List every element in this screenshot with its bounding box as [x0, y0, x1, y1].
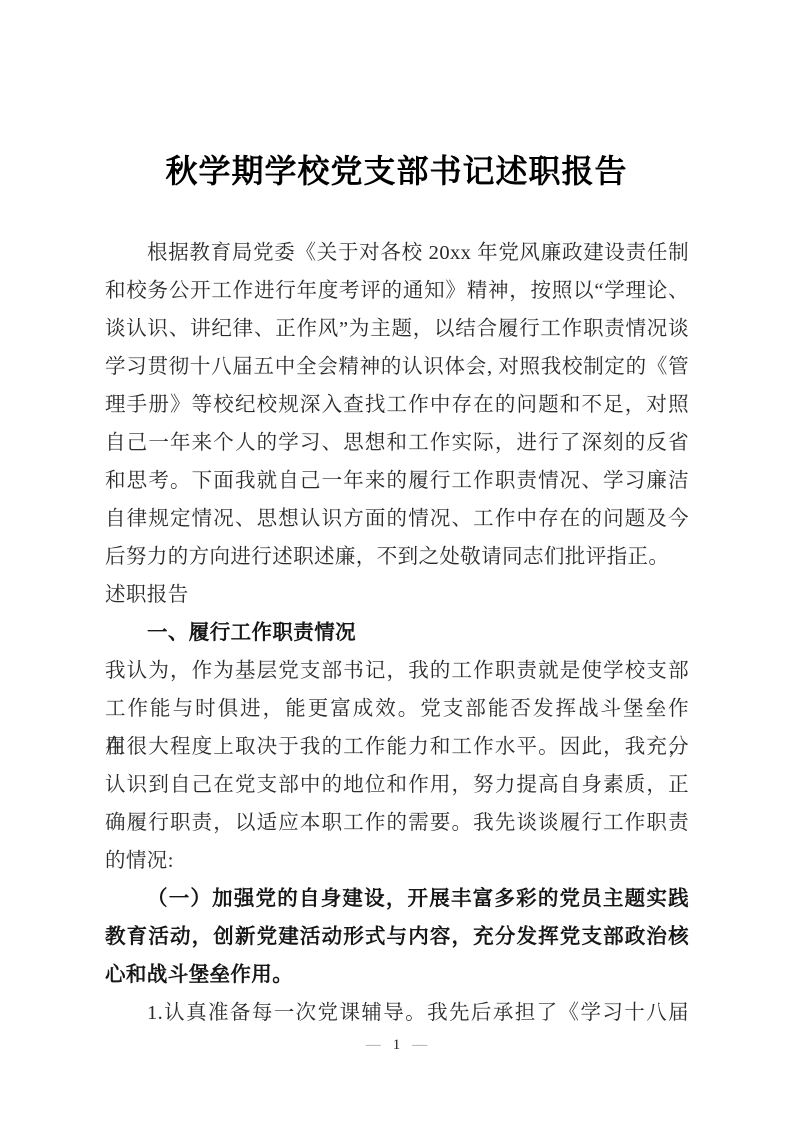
text-line: 谈认识、讲纪律、正作风”为主题，以结合履行工作职责情况谈 [105, 310, 689, 348]
text-line: 心和战斗堡垒作用。 [105, 956, 689, 994]
text-line: 自律规定情况、思想认识方面的情况、工作中存在的问题及今 [105, 500, 689, 538]
page-number: 1 [393, 1037, 401, 1053]
text-line: 一、履行工作职责情况 [105, 614, 689, 652]
text-line: 自己一年来个人的学习、思想和工作实际，进行了深刻的反省 [105, 424, 689, 462]
document-body: 根据教育局党委《关于对各校 20xx 年党风廉政建设责任制和校务公开工作进行年度… [105, 234, 689, 1032]
text-line: 和校务公开工作进行年度考评的通知》精神，按照以“学理论、 [105, 272, 689, 310]
text-line: 和思考。下面我就自己一年来的履行工作职责情况、学习廉洁 [105, 462, 689, 500]
text-line: 我认为，作为基层党支部书记，我的工作职责就是使学校支部 [105, 652, 689, 690]
text-line: 工作能与时俱进，能更富成效。党支部能否发挥战斗堡垒作用， [105, 690, 689, 728]
footer-right-dash: — [412, 1037, 427, 1053]
text-line: 后努力的方向进行述职述廉，不到之处敬请同志们批评指正。 [105, 538, 689, 576]
footer-left-dash: — [366, 1037, 381, 1053]
text-line: 学习贯彻十八届五中全会精神的认识体会, 对照我校制定的《管 [105, 348, 689, 386]
text-line: 述职报告 [105, 576, 689, 614]
text-line: 根据教育局党委《关于对各校 20xx 年党风廉政建设责任制 [105, 234, 689, 272]
document-page: 秋学期学校党支部书记述职报告 根据教育局党委《关于对各校 20xx 年党风廉政建… [0, 0, 793, 1122]
text-line: 认识到自己在党支部中的地位和作用，努力提高自身素质，正 [105, 766, 689, 804]
text-line: 教育活动，创新党建活动形式与内容，充分发挥党支部政治核 [105, 918, 689, 956]
document-title: 秋学期学校党支部书记述职报告 [0, 146, 793, 192]
text-line: 的情况: [105, 842, 689, 880]
text-line: 1.认真准备每一次党课辅导。我先后承担了《学习十八届 [105, 994, 689, 1032]
text-line: 理手册》等校纪校规深入查找工作中存在的问题和不足，对照 [105, 386, 689, 424]
text-line: 在很大程度上取决于我的工作能力和工作水平。因此，我充分 [105, 728, 689, 766]
text-line: （一）加强党的自身建设，开展丰富多彩的党员主题实践 [105, 880, 689, 918]
text-line: 确履行职责，以适应本职工作的需要。我先谈谈履行工作职责 [105, 804, 689, 842]
page-footer: —1— [0, 1034, 793, 1056]
